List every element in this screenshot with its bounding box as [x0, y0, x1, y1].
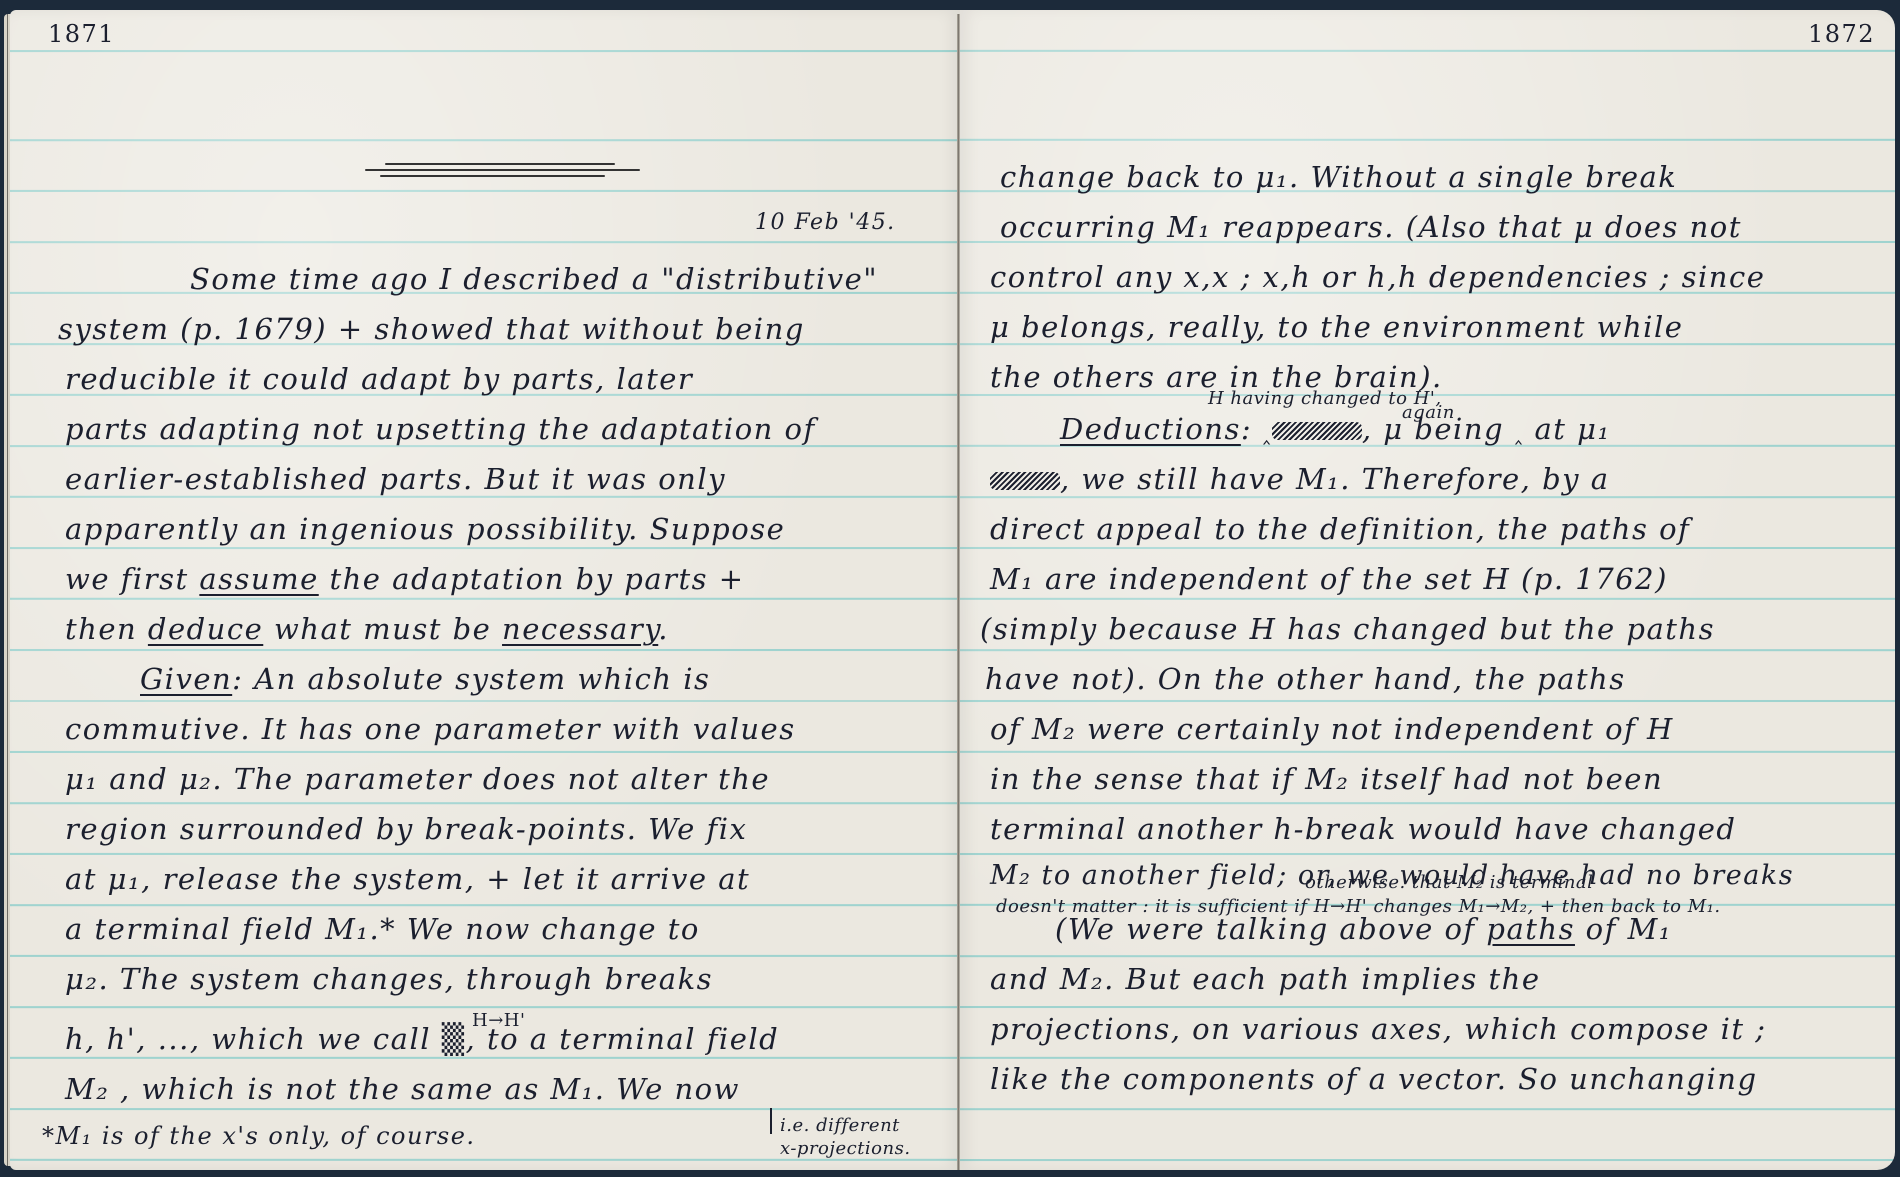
notebook-spread: 1871 10 Feb '45. Some time ago I describ… — [0, 0, 1900, 1177]
text-line: projections, on various axes, which comp… — [990, 1012, 1767, 1046]
text-line: then deduce what must be necessary. — [65, 612, 669, 646]
footnote: *M₁ is of the x's only, of course. — [42, 1122, 476, 1150]
underlined-word: deduce — [148, 612, 263, 646]
text-line: commutive. It has one parameter with val… — [65, 712, 796, 746]
margin-note-line: x-projections. — [780, 1138, 911, 1159]
text-line: direct appeal to the definition, the pat… — [990, 512, 1690, 546]
text-line: a terminal field M₁.* We now change to — [65, 912, 700, 946]
text-fragment: we first — [65, 562, 199, 596]
text-line: M₁ are independent of the set H (p. 1762… — [990, 562, 1668, 596]
text-line: h, h', ..., which we call ▒, to a termin… — [65, 1022, 779, 1056]
margin-note-line: i.e. different — [780, 1115, 900, 1136]
text-line: in the sense that if M₂ itself had not b… — [990, 762, 1663, 796]
text-line: Given: An absolute system which is — [140, 662, 710, 696]
text-line: control any x,x ; x,h or h,h dependencie… — [990, 260, 1765, 294]
arrow-icon — [770, 1108, 772, 1134]
text-fragment: (We were talking above of — [1055, 912, 1486, 946]
text-fragment: what must be — [263, 612, 502, 646]
page-number-left: 1871 — [48, 20, 115, 48]
text-fragment: : An absolute system which is — [232, 662, 710, 696]
page-number-right: 1872 — [1808, 20, 1875, 48]
text-line: μ₂. The system changes, through breaks — [65, 962, 713, 996]
caret-mark: ‸ — [1263, 420, 1272, 445]
left-page: 1871 10 Feb '45. Some time ago I describ… — [10, 10, 960, 1170]
underlined-word: paths — [1486, 912, 1575, 946]
text-fragment: at μ₁ — [1524, 412, 1611, 446]
text-line: at μ₁, release the system, + let it arri… — [65, 862, 750, 896]
text-line: apparently an ingenious possibility. Sup… — [65, 512, 785, 546]
text-line: occurring M₁ reappears. (Also that μ doe… — [1000, 210, 1742, 244]
underlined-word: necessary — [502, 612, 658, 646]
text-line: earlier-established parts. But it was on… — [65, 462, 726, 496]
text-line: M₂ , which is not the same as M₁. We now — [65, 1072, 740, 1106]
text-line: (We were talking above of paths of M₁ — [1055, 912, 1672, 946]
text-line: and M₂. But each path implies the — [990, 962, 1541, 996]
text-line: , we still have M₁. Therefore, by a — [990, 462, 1610, 496]
text-line: μ₁ and μ₂. The parameter does not alter … — [65, 762, 770, 796]
text-line: (simply because H has changed but the pa… — [980, 612, 1715, 646]
text-line: Some time ago I described a "distributiv… — [190, 262, 878, 296]
text-line: reducible it could adapt by parts, later — [65, 362, 693, 396]
text-fragment: , we still have M₁. Therefore, by a — [1060, 462, 1610, 496]
text-fragment: the adaptation by parts + — [319, 562, 745, 596]
text-line: parts adapting not upsetting the adaptat… — [65, 412, 816, 446]
underlined-word: Deductions — [1060, 412, 1241, 446]
underlined-word: assume — [199, 562, 318, 596]
text-fragment: then — [65, 612, 148, 646]
title-rule — [365, 163, 665, 177]
text-line: change back to μ₁. Without a single brea… — [1000, 160, 1677, 194]
entry-date: 10 Feb '45. — [755, 210, 896, 235]
insertion-otherwise: otherwise. that M₂ is terminal — [1305, 872, 1593, 893]
caret-mark: ‸ — [1515, 420, 1524, 445]
text-line: μ belongs, really, to the environment wh… — [990, 310, 1683, 344]
text-line: have not). On the other hand, the paths — [985, 662, 1626, 696]
text-fragment: . — [658, 612, 669, 646]
right-page: 1872 change back to μ₁. Without a single… — [960, 10, 1895, 1170]
text-line: terminal another h-break would have chan… — [990, 812, 1736, 846]
text-fragment: of M₁ — [1575, 912, 1672, 946]
text-line: of M₂ were certainly not independent of … — [990, 712, 1674, 746]
text-line: Deductions: ‸, μ being ‸ at μ₁ — [1060, 412, 1611, 446]
text-line: region surrounded by break-points. We fi… — [65, 812, 747, 846]
text-fragment: , μ being — [1362, 412, 1515, 446]
text-fragment: : — [1241, 412, 1263, 446]
text-line: system (p. 1679) + showed that without b… — [58, 312, 805, 346]
underlined-word: Given — [140, 662, 232, 696]
crossed-out-text — [1272, 422, 1362, 440]
text-line: we first assume the adaptation by parts … — [65, 562, 745, 596]
text-line: like the components of a vector. So unch… — [990, 1062, 1758, 1096]
crossed-out-text — [990, 472, 1060, 490]
